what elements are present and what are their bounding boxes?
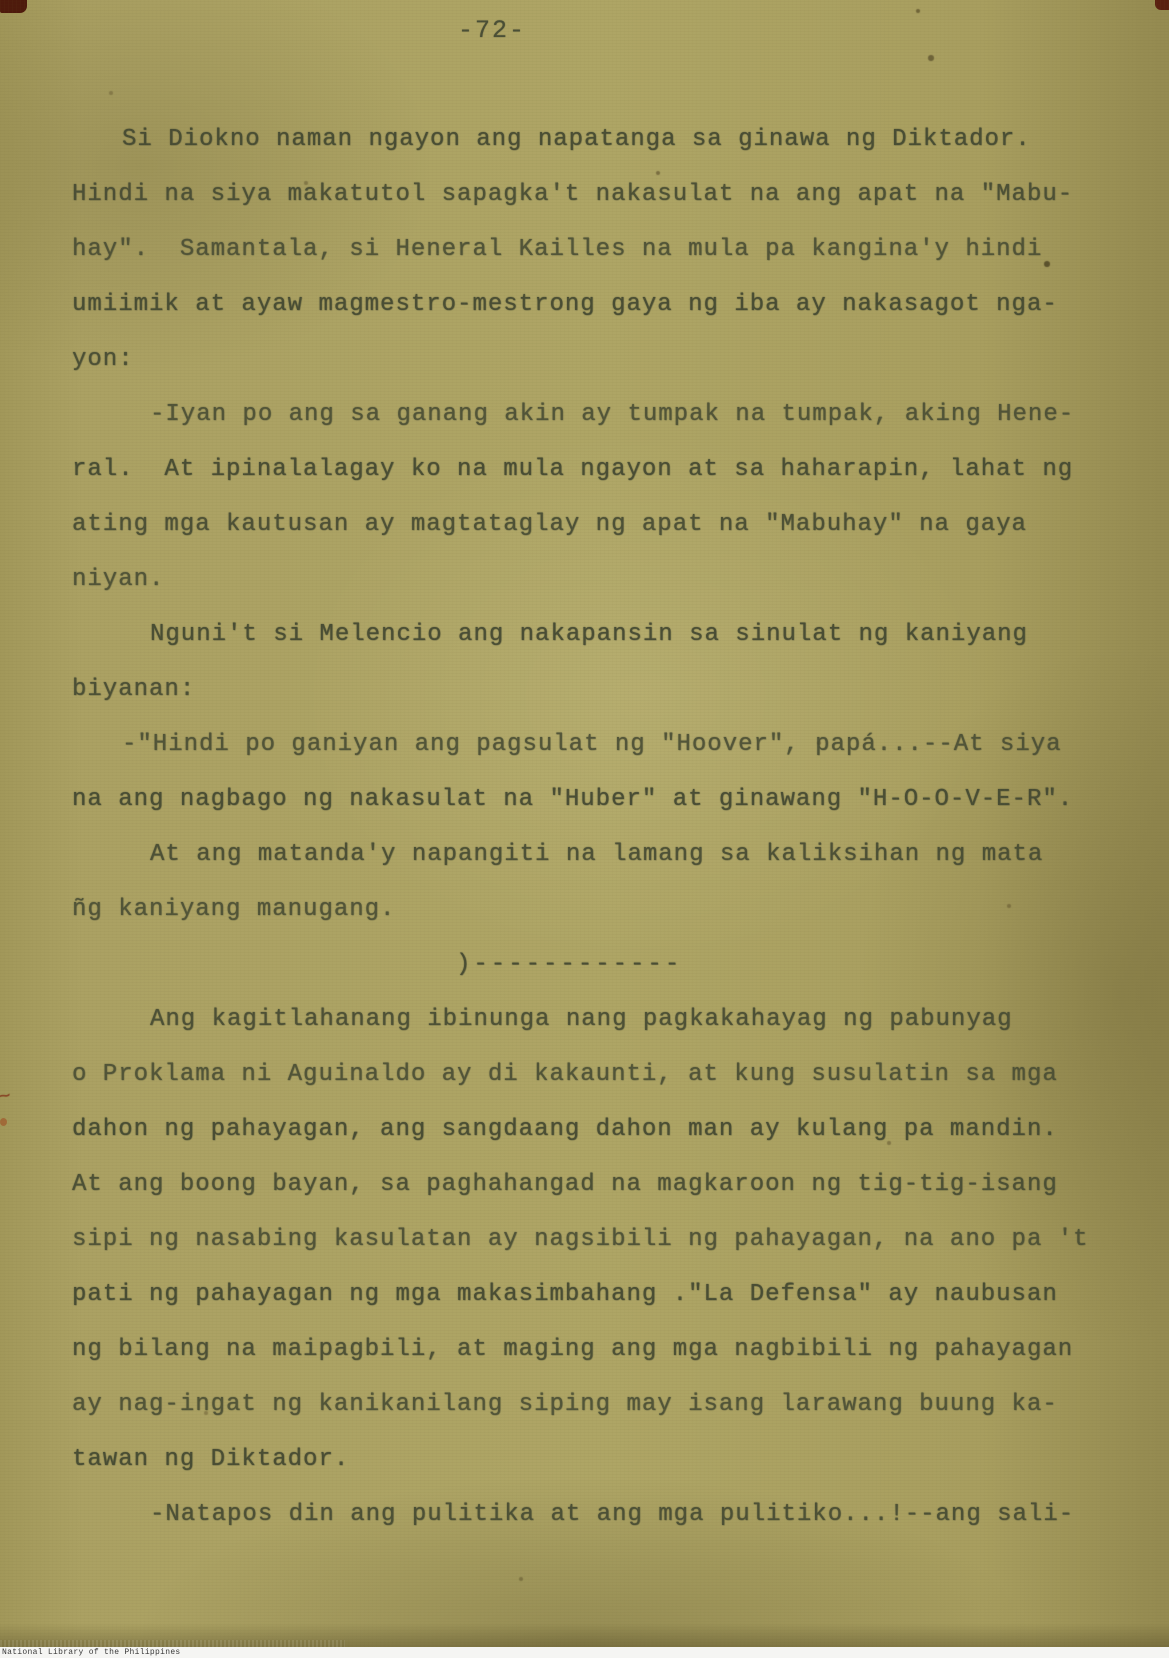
text-line: umiimik at ayaw magmestro-mestrong gaya … xyxy=(72,277,1112,332)
text-line: ating mga kautusan ay magtataglay ng apa… xyxy=(72,497,1112,552)
text-line: Nguni't si Melencio ang nakapansin sa si… xyxy=(72,607,1112,662)
text-line: -"Hindi po ganiyan ang pagsulat ng "Hoov… xyxy=(72,717,1112,772)
document-page: ~ -72- Si Diokno naman ngayon ang napata… xyxy=(0,0,1169,1658)
library-watermark: National Library of the Philippines xyxy=(2,1648,181,1657)
text-line: ay nag-ingat ng kanikanilang siping may … xyxy=(72,1377,1112,1432)
text-line: ñg kaniyang manugang. xyxy=(72,882,1112,937)
text-line: sipi ng nasabing kasulatan ay nagsibili … xyxy=(72,1212,1112,1267)
margin-red-mark xyxy=(0,1118,7,1126)
text-line: na ang nagbago ng nakasulat na "Huber" a… xyxy=(72,772,1112,827)
text-line: pati ng pahayagan ng mga makasimbahang .… xyxy=(72,1267,1112,1322)
scan-bottom-artifact xyxy=(0,1640,345,1647)
text-line: ng bilang na maipagbili, at maging ang m… xyxy=(72,1322,1112,1377)
text-line: -Natapos din ang pulitika at ang mga pul… xyxy=(72,1487,1112,1542)
text-line: dahon ng pahayagan, ang sangdaang dahon … xyxy=(72,1102,1112,1157)
text-line: At ang boong bayan, sa paghahangad na ma… xyxy=(72,1157,1112,1212)
text-line: niyan. xyxy=(72,552,1112,607)
text-line: o Proklama ni Aguinaldo ay di kakaunti, … xyxy=(72,1047,1112,1102)
text-line: -Iyan po ang sa ganang akin ay tumpak na… xyxy=(72,387,1112,442)
text-line: Si Diokno naman ngayon ang napatanga sa … xyxy=(72,112,1112,167)
text-line: yon: xyxy=(72,332,1112,387)
text-line: At ang matanda'y napangiti na lamang sa … xyxy=(72,827,1112,882)
text-line: biyanan: xyxy=(72,662,1112,717)
scan-corner-mark-left xyxy=(0,0,27,13)
text-line: Hindi na siya makatutol sapagka't nakasu… xyxy=(72,167,1112,222)
typewritten-text-block: Si Diokno naman ngayon ang napatanga sa … xyxy=(72,112,1112,1542)
text-line: Ang kagitlahanang ibinunga nang pagkakah… xyxy=(72,992,1112,1047)
section-divider: )------------ xyxy=(72,937,1112,992)
text-line: hay". Samantala, si Heneral Kailles na m… xyxy=(72,222,1112,277)
page-number: -72- xyxy=(458,16,526,45)
margin-pencil-mark: ~ xyxy=(0,1084,14,1111)
text-line: ral. At ipinalalagay ko na mula ngayon a… xyxy=(72,442,1112,497)
footer-strip: National Library of the Philippines xyxy=(0,1647,1169,1658)
text-line: tawan ng Diktador. xyxy=(72,1432,1112,1487)
scan-corner-mark-right xyxy=(1155,0,1169,10)
